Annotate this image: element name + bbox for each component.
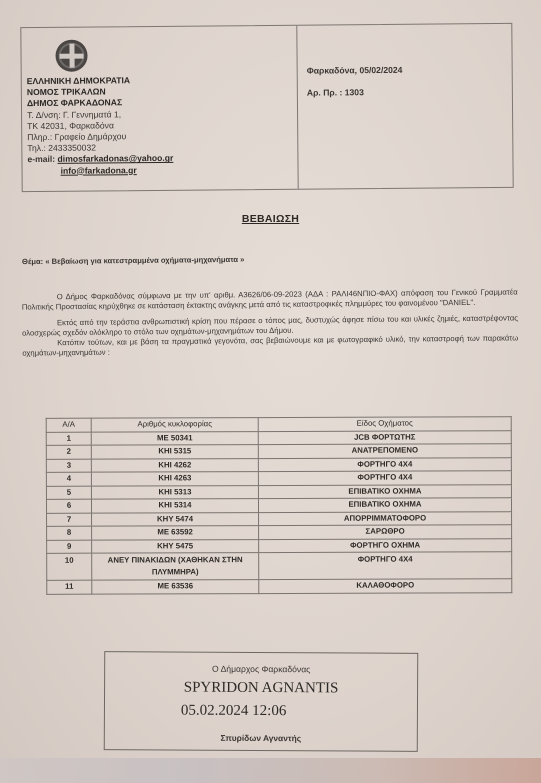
cell-aa: 4 (46, 472, 91, 486)
cell-aa: 8 (47, 526, 92, 540)
cell-type: ΦΟΡΤΗΓΟ 4Χ4 (259, 552, 512, 580)
issuer-details: ΕΛΛΗΝΙΚΗ ΔΗΜΟΚΡΑΤΙΑ ΝΟΜΟΣ ΤΡΙΚΑΛΩΝ ΔΗΜΟΣ… (27, 75, 174, 177)
table-row: 10ΑΝΕΥ ΠΙΝΑΚΙΔΩΝ (ΧΑΘΗΚΑΝ ΣΤΗΝ ΠΛΥΜΜΗΡΑ)… (47, 552, 512, 581)
signature-title: Ο Δήμαρχος Φαρκαδόνας (105, 663, 417, 675)
email-line: e-mail: dimosfarkadonas@yahoo.gr (27, 153, 173, 165)
document-body: Ο Δήμος Φαρκαδόνας σύμφωνα με την υπ' αρ… (22, 287, 519, 359)
cell-aa: 6 (46, 499, 91, 513)
table-row: 11ΜΕ 63536ΚΑΛΑΘΟΦΟΡΟ (47, 579, 512, 594)
cell-plate: ΚΗΙ 4263 (91, 472, 258, 486)
letterhead-issuer: ΕΛΛΗΝΙΚΗ ΔΗΜΟΚΡΑΤΙΑ ΝΟΜΟΣ ΤΡΙΚΑΛΩΝ ΔΗΜΟΣ… (21, 26, 298, 191)
header-plate: Αριθμός κυκλοφορίας (91, 418, 258, 432)
cell-plate: ΚΗΙ 5314 (91, 499, 258, 513)
greek-coat-of-arms-icon (55, 40, 87, 72)
protocol-number: Αρ. Πρ. : 1303 (307, 87, 403, 98)
document-page: ΕΛΛΗΝΙΚΗ ΔΗΜΟΚΡΑΤΙΑ ΝΟΜΟΣ ΤΡΙΚΑΛΩΝ ΔΗΜΟΣ… (0, 0, 541, 783)
cell-type: ΦΟΡΤΗΓΟ 4Χ4 (258, 457, 511, 471)
signature-box: Ο Δήμαρχος Φαρκαδόνας SPYRIDON AGNANTIS … (104, 651, 419, 752)
document-title: ΒΕΒΑΙΩΣΗ (0, 213, 541, 225)
letterhead-box: ΕΛΛΗΝΙΚΗ ΔΗΜΟΚΡΑΤΙΑ ΝΟΜΟΣ ΤΡΙΚΑΛΩΝ ΔΗΜΟΣ… (20, 23, 513, 192)
header-aa: Α/Α (46, 418, 91, 432)
cell-type: ΦΟΡΤΗΓΟ ΟΧΗΜΑ (259, 538, 512, 552)
cell-aa: 1 (46, 432, 91, 446)
cell-aa: 9 (47, 540, 92, 554)
cell-type: ΦΟΡΤΗΓΟ 4Χ4 (258, 471, 511, 485)
cell-aa: 7 (47, 513, 92, 527)
paragraph-3: Κατόπιν τούτων, και με βάση τα πραγματικ… (22, 334, 518, 360)
cell-type: ΕΠΙΒΑΤΙΚΟ ΟΧΗΜΑ (258, 484, 511, 498)
cell-type: ΑΠΟΡΡΙΜΜΑΤΟΦΟΡΟ (259, 511, 512, 525)
signer-name-greek: Σπυρίδων Αγναντής (105, 732, 417, 744)
photo-shadow (0, 758, 541, 783)
cell-aa: 10 (47, 553, 92, 580)
letterhead-meta: Φαρκαδόνα, 05/02/2024 Αρ. Πρ. : 1303 (307, 65, 403, 110)
cell-type: ΚΑΛΑΘΟΦΟΡΟ (259, 579, 512, 593)
cell-plate: ΑΝΕΥ ΠΙΝΑΚΙΔΩΝ (ΧΑΘΗΚΑΝ ΣΤΗΝ ΠΛΥΜΜΗΡΑ) (92, 553, 259, 581)
cell-aa: 11 (47, 580, 92, 594)
cell-type: ΕΠΙΒΑΤΙΚΟ ΟΧΗΜΑ (258, 498, 511, 512)
signature-timestamp: 05.02.2024 12:06 (105, 702, 417, 721)
signer-name: SPYRIDON AGNANTIS (105, 679, 417, 698)
cell-type: ΣΑΡΩΘΡΟ (259, 525, 512, 539)
cell-plate: ΜΕ 50341 (91, 431, 258, 445)
cell-plate: ΚΗΙ 4262 (91, 458, 258, 472)
cell-aa: 5 (46, 486, 91, 500)
paragraph-1: Ο Δήμος Φαρκαδόνας σύμφωνα με την υπ' αρ… (22, 287, 518, 313)
email-line-secondary: info@farkadona.gr (27, 164, 173, 176)
document-subject: Θέμα: « Βεβαίωση για κατεστραμμένα οχήμα… (22, 255, 244, 266)
cell-plate: ΚΗΥ 5475 (92, 539, 259, 553)
email-link-primary[interactable]: dimosfarkadonas@yahoo.gr (57, 153, 173, 164)
cell-aa: 2 (46, 445, 91, 459)
email-link-secondary[interactable]: info@farkadona.gr (60, 165, 136, 176)
table-body: 1ΜΕ 50341JCB ΦΟΡΤΩΤΗΣ2ΚΗΙ 5315ΑΝΑΤΡΕΠΟΜΕ… (46, 430, 512, 594)
header-type: Είδος Οχήματος (258, 417, 511, 431)
cell-type: ΑΝΑΤΡΕΠΟΜΕΝΟ (258, 444, 511, 458)
cell-plate: ΜΕ 63592 (92, 526, 259, 540)
cell-plate: ΚΗΥ 5474 (92, 512, 259, 526)
cell-plate: ΜΕ 63536 (92, 580, 259, 594)
email-label: e-mail: (27, 154, 55, 164)
cell-plate: ΚΗΙ 5313 (91, 485, 258, 499)
place-date: Φαρκαδόνα, 05/02/2024 (307, 65, 403, 76)
cell-type: JCB ΦΟΡΤΩΤΗΣ (258, 430, 511, 444)
vehicles-table: Α/Α Αριθμός κυκλοφορίας Είδος Οχήματος 1… (46, 416, 513, 594)
cell-plate: ΚΗΙ 5315 (91, 445, 258, 459)
cell-aa: 3 (46, 459, 91, 473)
